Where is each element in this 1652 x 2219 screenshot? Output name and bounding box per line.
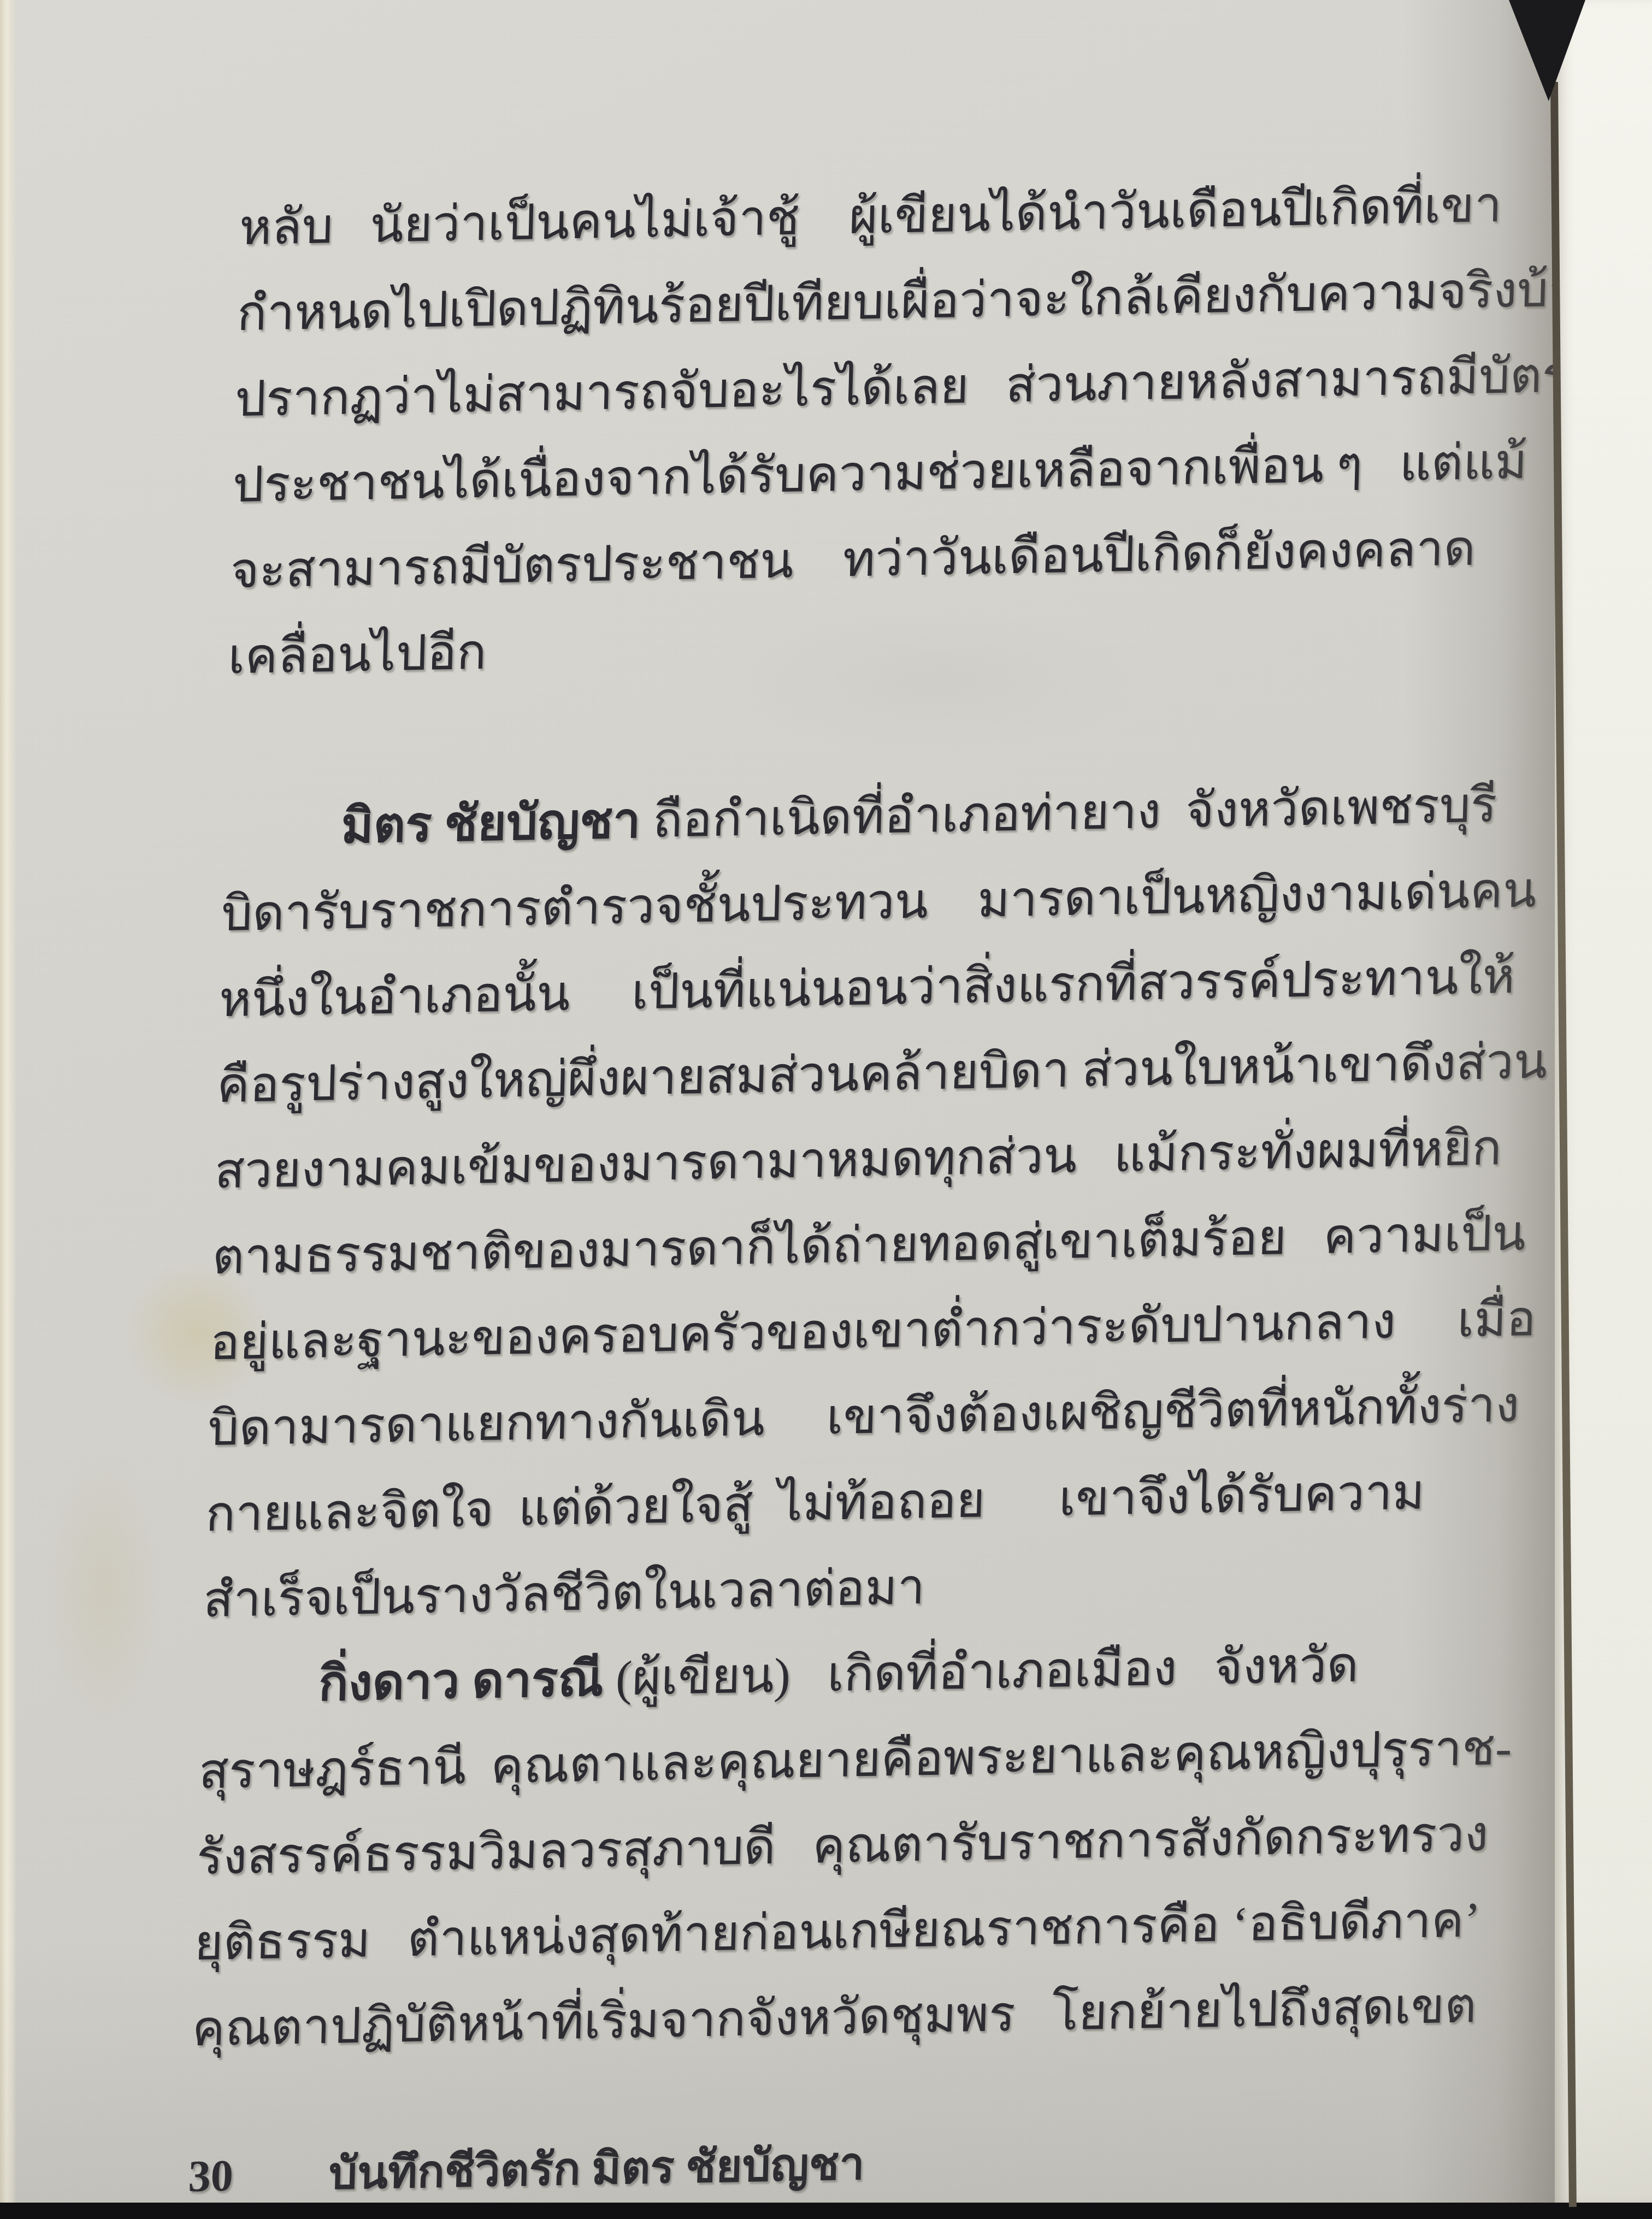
text-run: สำเร็จเป็นรางวัลชีวิตในเวลาต่อมา: [203, 1560, 925, 1627]
text-run: หนึ่งในอำเภอนั้น เป็นที่แน่นอนว่าสิ่งแรก…: [219, 949, 1516, 1027]
footer-title: บันทึกชีวิตรัก มิตร ชัยบัญชา: [328, 2121, 866, 2203]
text-run: บิดารับราชการตำรวจชั้นประทวน มารดาเป็นหญ…: [221, 863, 1537, 941]
text-run: อยู่และฐานะของครอบครัวของเขาต่ำกว่าระดับ…: [209, 1292, 1537, 1370]
page-curl-shadow: [1404, 0, 1562, 2203]
text-run: ยุติธรรม ตำแหน่งสุดท้ายก่อนเกษียณราชการค…: [194, 1893, 1482, 1970]
person-name-bold-run: มิตร ชัยบัญชา: [340, 794, 641, 853]
text-run: หลับ นัยว่าเป็นคนไม่เจ้าชู้ ผู้เขียนได้น…: [239, 178, 1503, 255]
text-run: ตามธรรมชาติของมารดาก็ได้ถ่ายทอดสู่เขาเต็…: [211, 1206, 1526, 1284]
person-name-bold-run: กิ่งดาว ดารณี: [318, 1652, 604, 1712]
text-run: ถือกำเนิดที่อำเภอท่ายาง จังหวัดเพชรบุรี: [640, 778, 1497, 848]
text-run: บิดามารดาแยกทางกันเดิน เขาจึงต้องเผชิญชี…: [207, 1378, 1520, 1456]
text-run: (ผู้เขียน) เกิดที่อำเภอเมือง จังหวัด: [603, 1638, 1360, 1706]
text-run: รังสรรค์ธรรมวิมลวรสุภาบดี คุณตารับราชการ…: [196, 1807, 1489, 1885]
paragraph-3: กิ่งดาว ดารณี (ผู้เขียน) เกิดที่อำเภอเมื…: [191, 1620, 1476, 2073]
paragraph-1: หลับ นัยว่าเป็นคนไม่เจ้าชู้ ผู้เขียนได้น…: [227, 162, 1514, 700]
text-run: เคลื่อนไปอีก: [227, 625, 487, 684]
page-text-block: หลับ นัยว่าเป็นคนไม่เจ้าชู้ ผู้เขียนได้น…: [187, 162, 1514, 2203]
left-page-edge: [0, 0, 16, 2203]
text-run: คุณตาปฏิบัติหน้าที่เริ่มจากจังหวัดชุมพร …: [191, 1979, 1477, 2056]
text-run: จะสามารถมีบัตรประชาชน ทว่าวันเดือนปีเกิด…: [229, 522, 1476, 599]
text-run: สวยงามคมเข้มของมารดามาหมดทุกส่วน แม้กระท…: [214, 1121, 1503, 1199]
paragraph-2: มิตร ชัยบัญชา ถือกำเนิดที่อำเภอท่ายาง จั…: [202, 763, 1498, 1644]
page-number: 30: [187, 2133, 234, 2203]
paper-stain: [22, 1398, 186, 1781]
text-run: กายและจิตใจ แต่ด้วยใจสู้ ไม่ท้อถอย เขาจึ…: [205, 1465, 1425, 1542]
text-run: ประชาชนได้เนื่องจากได้รับความช่วยเหลือจา…: [232, 435, 1529, 512]
page-footer: 30 บันทึกชีวิตรัก มิตร ชัยบัญชา: [187, 2110, 1463, 2203]
text-run: ปรากฏว่าไม่สามารถจับอะไรได้เลย ส่วนภายหล…: [234, 349, 1570, 427]
text-run: กำหนดไปเปิดปฏิทินร้อยปีเทียบเผื่อว่าจะใก…: [237, 262, 1601, 341]
book-photo: หลับ นัยว่าเป็นคนไม่เจ้าชู้ ผู้เขียนได้น…: [0, 0, 1652, 2203]
text-run: สุราษฎร์ธานี คุณตาและคุณยายคือพระยาและคุ…: [198, 1721, 1513, 1799]
paragraphs-container: หลับ นัยว่าเป็นคนไม่เจ้าชู้ ผู้เขียนได้น…: [191, 162, 1514, 2073]
text-run: คือรูปร่างสูงใหญ่ผึ่งผายสมส่วนคล้ายบิดา …: [216, 1035, 1548, 1113]
